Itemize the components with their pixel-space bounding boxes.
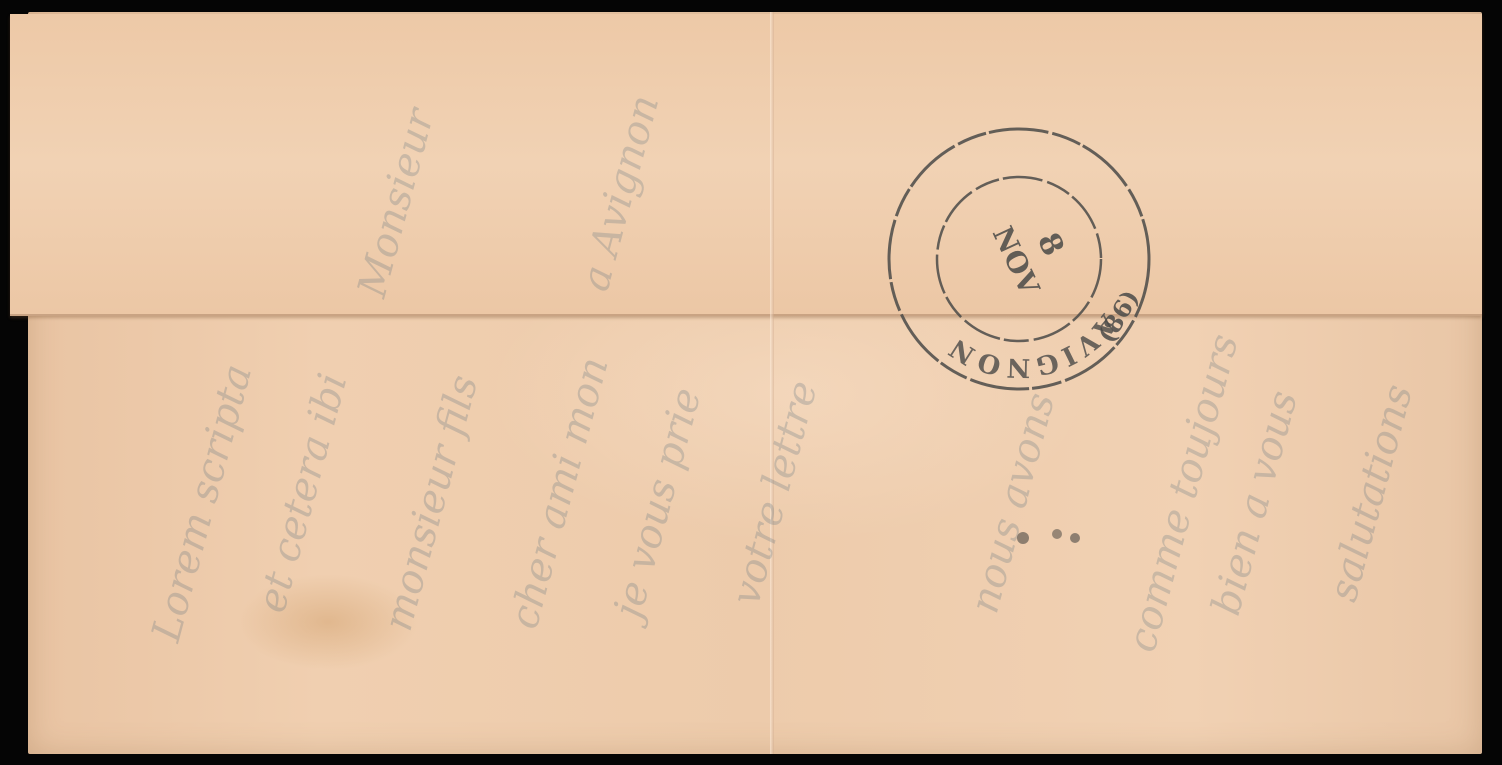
postmark-month: NOV (986, 221, 1047, 301)
postmark: AVIGNON 8 NOV (86) (884, 124, 1154, 394)
vertical-fold-crease (770, 12, 774, 754)
svg-text:AVIGNON: AVIGNON (941, 308, 1122, 382)
ink-smudge (1005, 520, 1095, 550)
letter-flap (10, 14, 1482, 316)
postmark-day: 8 (1030, 228, 1071, 262)
postmark-town: AVIGNON (941, 308, 1122, 382)
